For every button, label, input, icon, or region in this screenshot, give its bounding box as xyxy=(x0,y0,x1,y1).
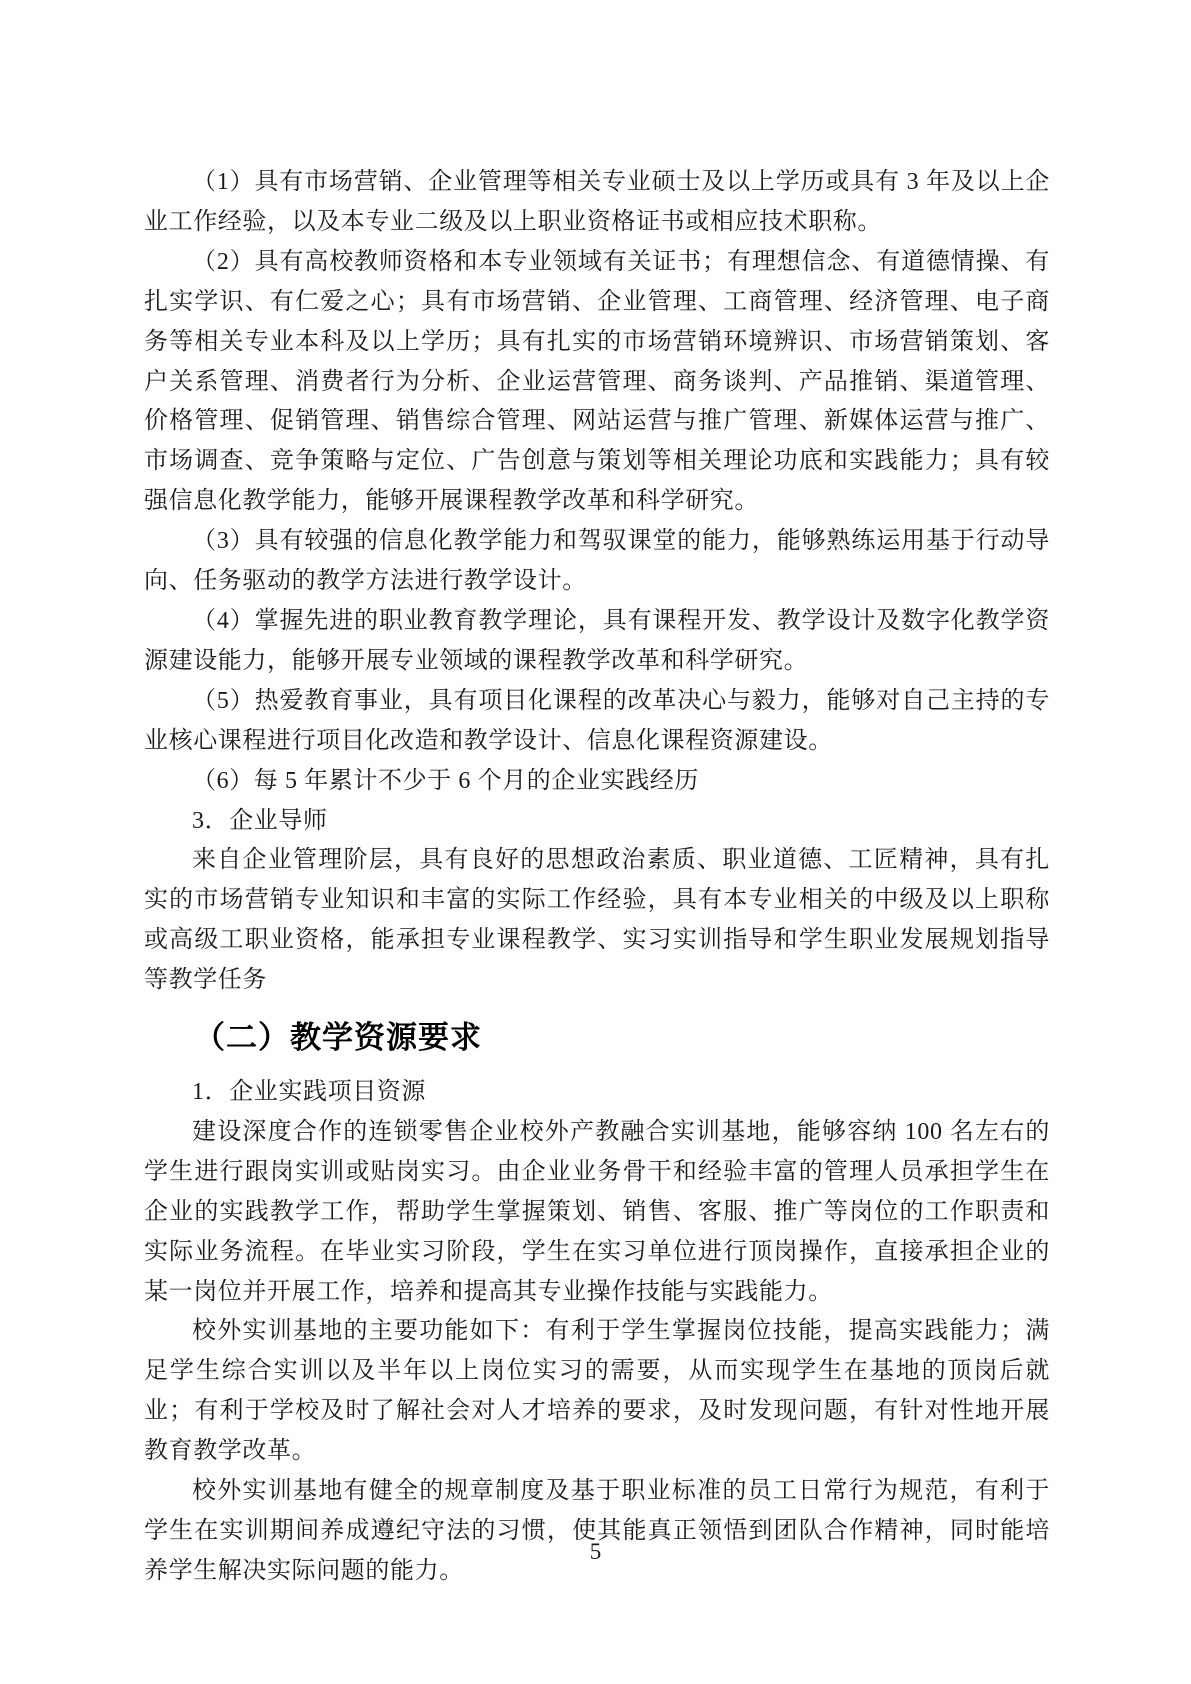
section-heading: （二）教学资源要求 xyxy=(144,1014,1050,1061)
paragraph: （5）热爱教育事业，具有项目化课程的改革决心与毅力，能够对自己主持的专业核心课程… xyxy=(144,682,1050,762)
paragraph: 校外实训基地有健全的规章制度及基于职业标准的员工日常行为规范，有利于学生在实训期… xyxy=(144,1472,1050,1592)
paragraph: （6）每 5 年累计不少于 6 个月的企业实践经历 xyxy=(144,762,1050,802)
paragraph: 校外实训基地的主要功能如下：有利于学生掌握岗位技能，提高实践能力；满足学生综合实… xyxy=(144,1312,1050,1472)
page-number: 5 xyxy=(0,1538,1191,1566)
paragraph: 来自企业管理阶层，具有良好的思想政治素质、职业道德、工匠精神，具有扎实的市场营销… xyxy=(144,841,1050,1001)
paragraph: （1）具有市场营销、企业管理等相关专业硕士及以上学历或具有 3 年及以上企业工作… xyxy=(144,163,1050,243)
document-content: （1）具有市场营销、企业管理等相关专业硕士及以上学历或具有 3 年及以上企业工作… xyxy=(144,163,1050,1592)
paragraph: 3．企业导师 xyxy=(144,802,1050,842)
paragraph: （3）具有较强的信息化教学能力和驾驭课堂的能力，能够熟练运用基于行动导向、任务驱… xyxy=(144,522,1050,602)
paragraph: 建设深度合作的连锁零售企业校外产教融合实训基地，能够容纳 100 名左右的学生进… xyxy=(144,1113,1050,1313)
paragraph: （2）具有高校教师资格和本专业领域有关证书；有理想信念、有道德情操、有扎实学识、… xyxy=(144,243,1050,522)
paragraph: 1．企业实践项目资源 xyxy=(144,1073,1050,1113)
document-page: （1）具有市场营销、企业管理等相关专业硕士及以上学历或具有 3 年及以上企业工作… xyxy=(0,0,1191,1684)
paragraph: （4）掌握先进的职业教育教学理论，具有课程开发、教学设计及数字化教学资源建设能力… xyxy=(144,602,1050,682)
